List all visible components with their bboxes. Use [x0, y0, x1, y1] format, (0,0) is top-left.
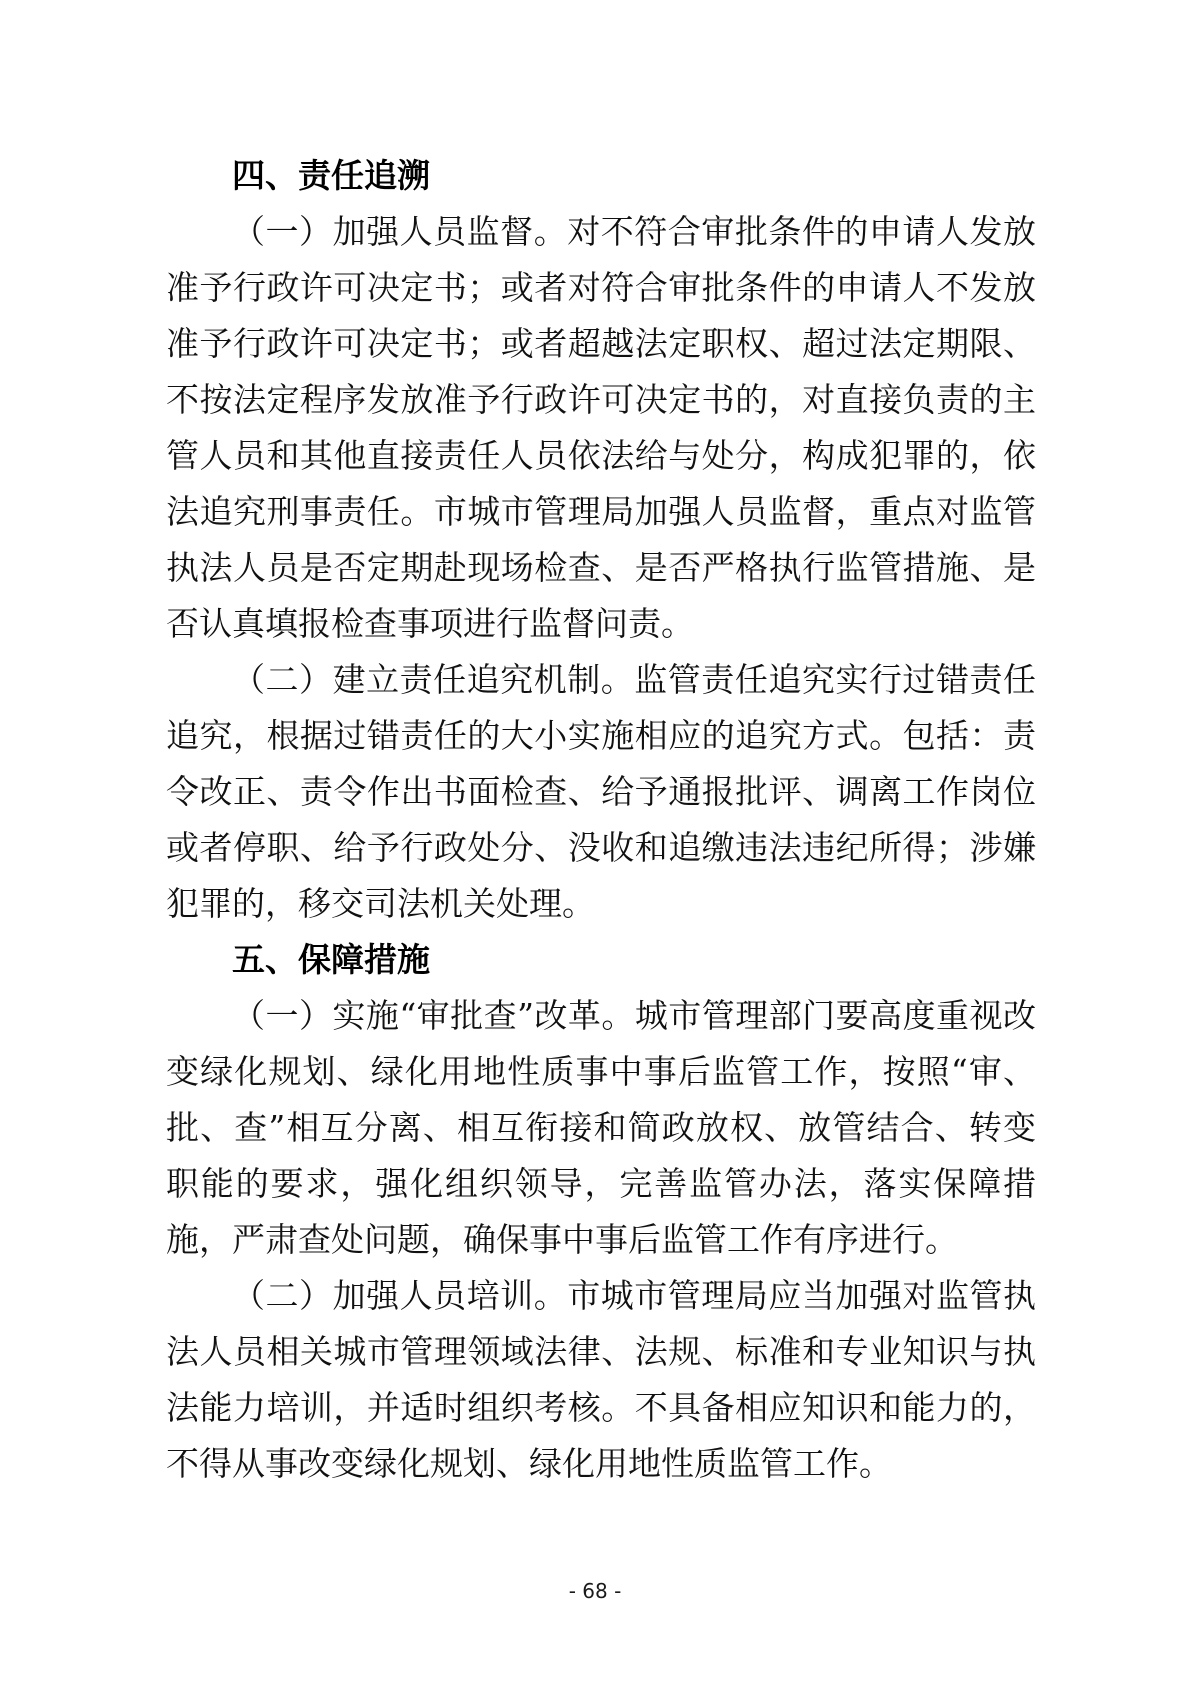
paragraph-shen-pi-cha-reform: （一）实施“审批查”改革。城市管理部门要高度重视改变绿化规划、绿化用地性质事中事… — [166, 988, 1036, 1268]
section-heading-responsibility-tracing: 四、责任追溯 — [166, 148, 1036, 204]
page-footer: - 68 - — [0, 1579, 1190, 1603]
paragraph-personnel-supervision: （一）加强人员监督。对不符合审批条件的申请人发放准予行政许可决定书；或者对符合审… — [166, 204, 1036, 652]
section-heading-safeguard-measures: 五、保障措施 — [166, 932, 1036, 988]
page-number: - 68 - — [569, 1579, 622, 1603]
document-page: 四、责任追溯 （一）加强人员监督。对不符合审批条件的申请人发放准予行政许可决定书… — [0, 0, 1190, 1683]
document-content: 四、责任追溯 （一）加强人员监督。对不符合审批条件的申请人发放准予行政许可决定书… — [166, 148, 1036, 1492]
paragraph-accountability-mechanism: （二）建立责任追究机制。监管责任追究实行过错责任追究，根据过错责任的大小实施相应… — [166, 652, 1036, 932]
paragraph-personnel-training: （二）加强人员培训。市城市管理局应当加强对监管执法人员相关城市管理领域法律、法规… — [166, 1268, 1036, 1492]
